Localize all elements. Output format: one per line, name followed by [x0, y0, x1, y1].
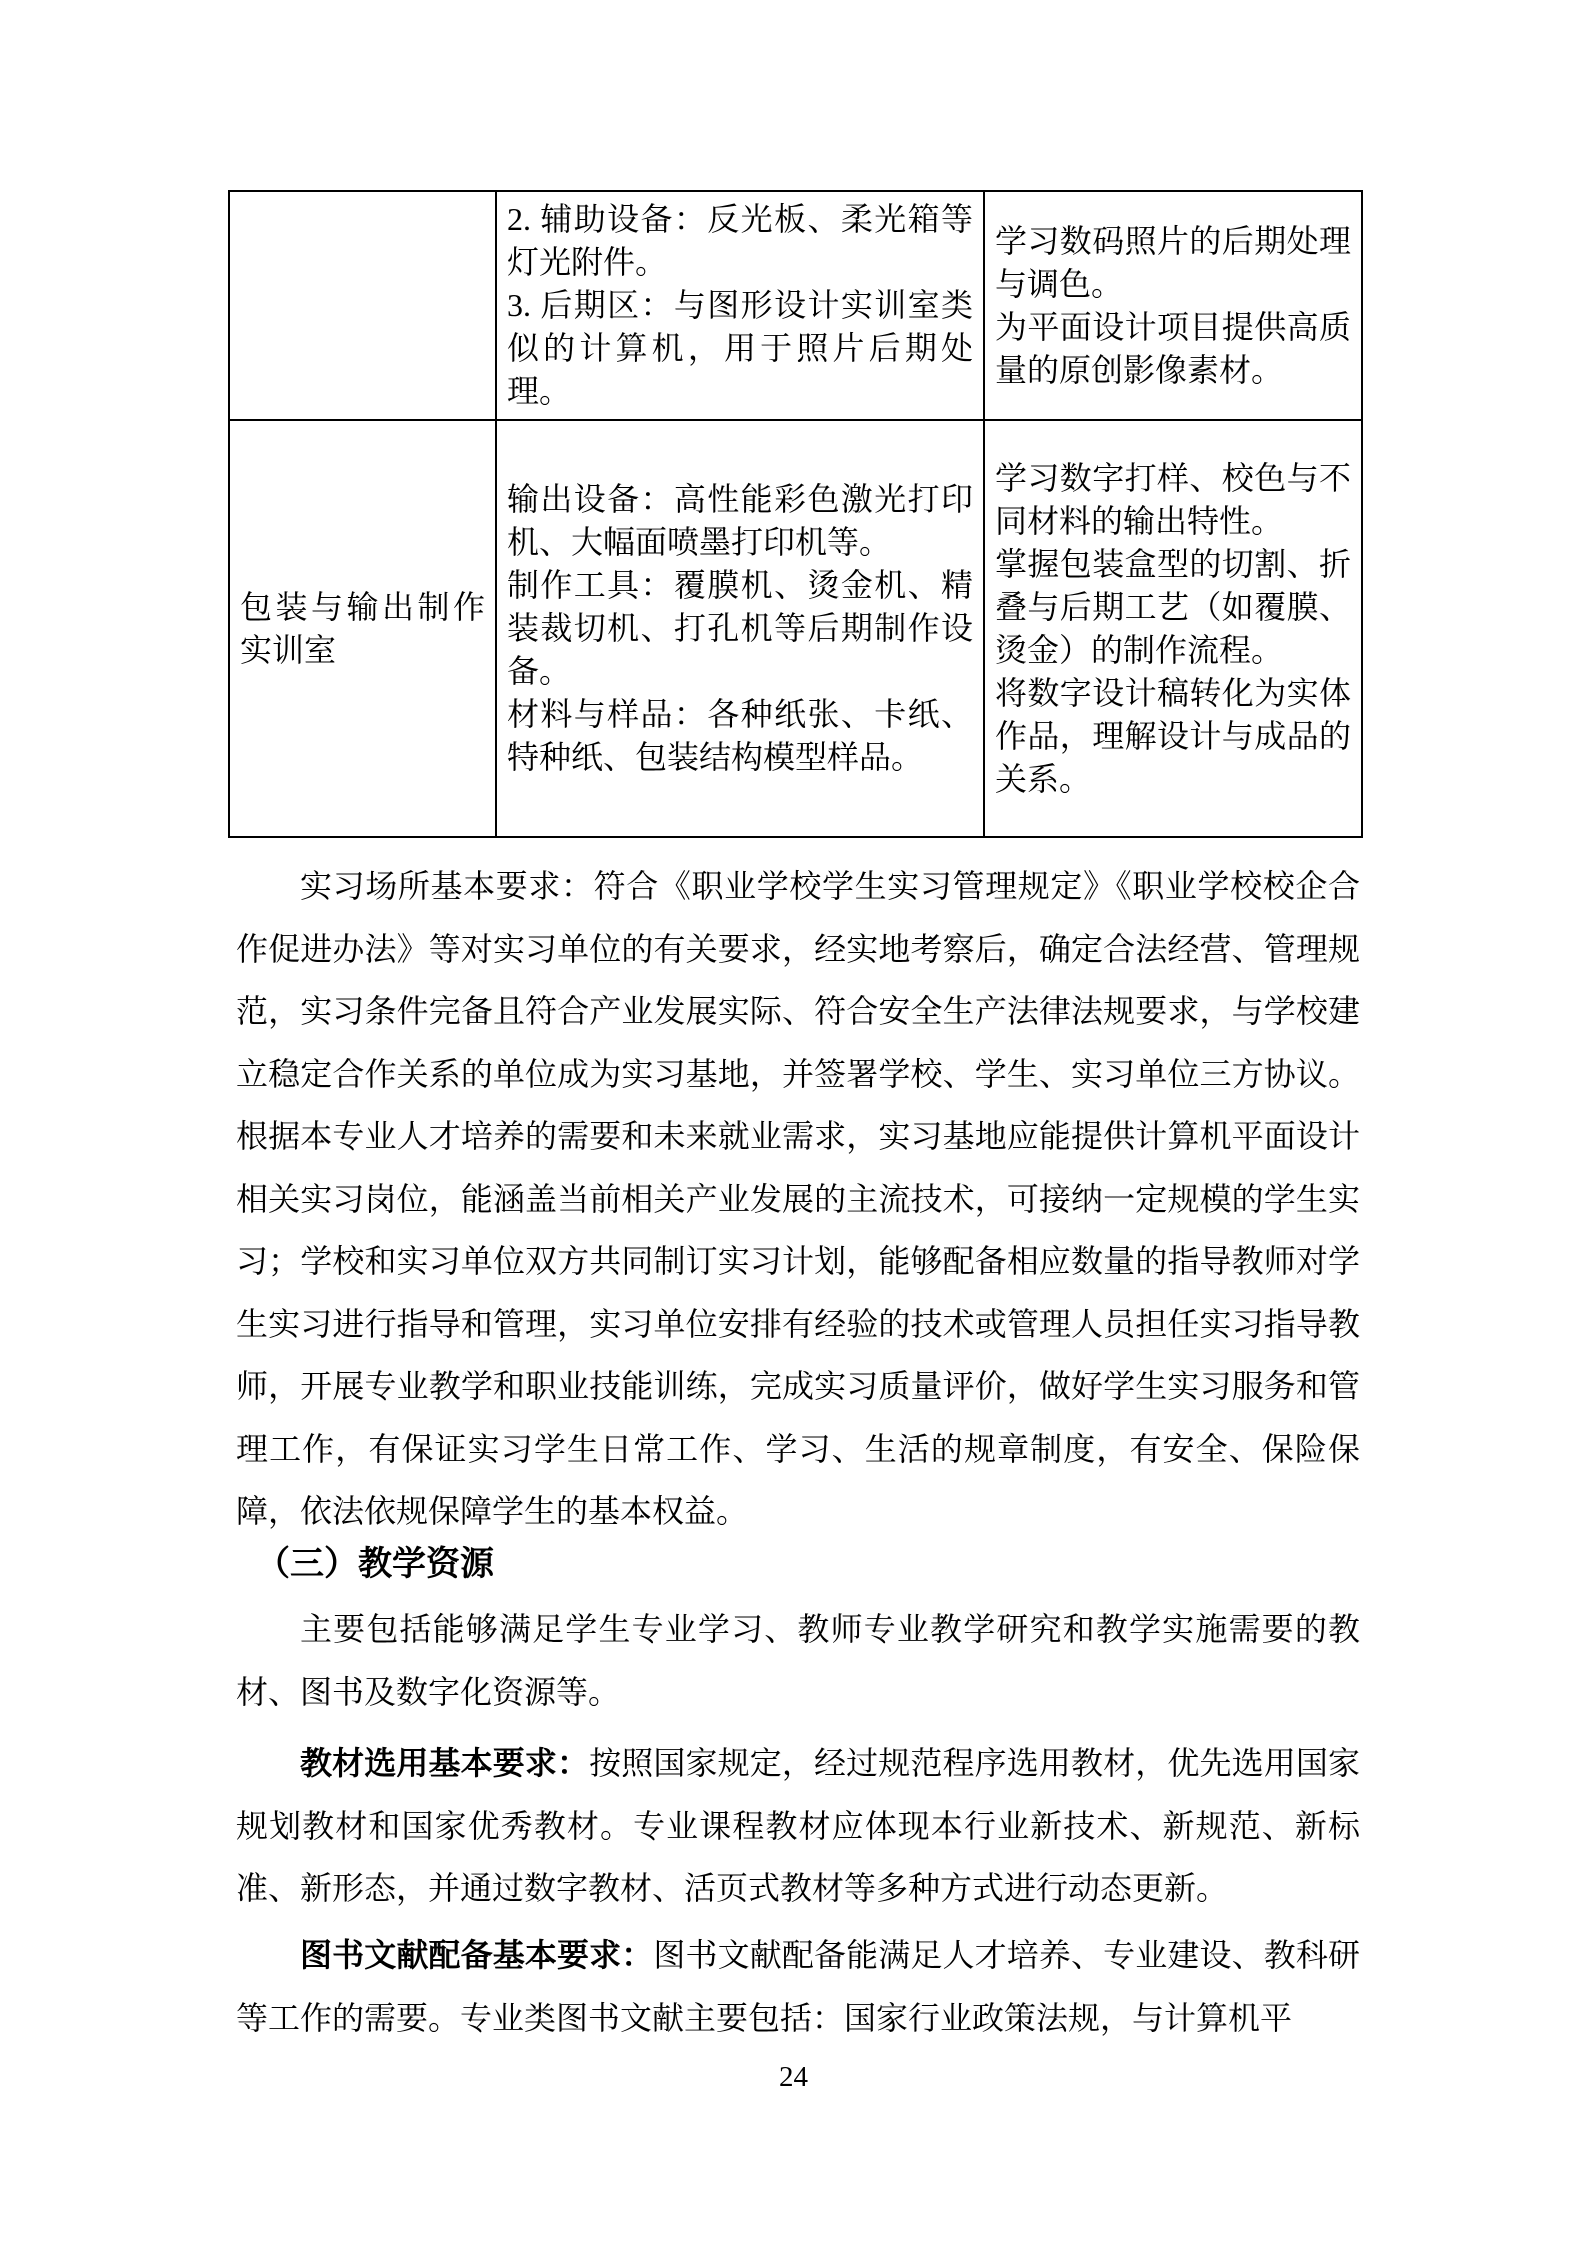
cell-text: 输出设备：高性能彩色激光打印机、大幅面喷墨打印机等。 [507, 478, 973, 564]
paragraph-resources-overview: 主要包括能够满足学生专业学习、教师专业教学研究和教学实施需要的教材、图书及数字化… [236, 1598, 1360, 1723]
cell-text: 为平面设计项目提供高质量的原创影像素材。 [995, 306, 1351, 392]
cell-text: 3. 后期区：与图形设计实训室类似的计算机，用于照片后期处理。 [507, 284, 973, 413]
page-number: 24 [0, 2060, 1587, 2094]
paragraph-internship-site-requirements: 实习场所基本要求：符合《职业学校学生实习管理规定》《职业学校校企合作促进办法》等… [236, 855, 1360, 1543]
table-row: 包装与输出制作实训室 输出设备：高性能彩色激光打印机、大幅面喷墨打印机等。 制作… [229, 420, 1362, 837]
table-cell-equipment: 输出设备：高性能彩色激光打印机、大幅面喷墨打印机等。 制作工具：覆膜机、烫金机、… [496, 420, 984, 837]
cell-text: 学习数字打样、校色与不同材料的输出特性。 [995, 457, 1351, 543]
section-heading-teaching-resources: （三）教学资源 [236, 1533, 1360, 1595]
cell-text: 将数字设计稿转化为实体作品，理解设计与成品的关系。 [995, 672, 1351, 801]
cell-text: 2. 辅助设备：反光板、柔光箱等灯光附件。 [507, 198, 973, 284]
paragraph-library-provision: 图书文献配备基本要求：图书文献配备能满足人才培养、专业建设、教科研等工作的需要。… [236, 1924, 1360, 2049]
training-room-table: 2. 辅助设备：反光板、柔光箱等灯光附件。 3. 后期区：与图形设计实训室类似的… [228, 190, 1363, 838]
table-cell-equipment: 2. 辅助设备：反光板、柔光箱等灯光附件。 3. 后期区：与图形设计实训室类似的… [496, 191, 984, 420]
document-page: 2. 辅助设备：反光板、柔光箱等灯光附件。 3. 后期区：与图形设计实训室类似的… [0, 0, 1587, 2245]
table-cell-purpose: 学习数码照片的后期处理与调色。 为平面设计项目提供高质量的原创影像素材。 [984, 191, 1362, 420]
table-cell-room-name: 包装与输出制作实训室 [229, 420, 496, 837]
cell-text: 学习数码照片的后期处理与调色。 [995, 220, 1351, 306]
paragraph-textbook-selection: 教材选用基本要求：按照国家规定，经过规范程序选用教材，优先选用国家规划教材和国家… [236, 1732, 1360, 1920]
paragraph-lead-label: 教材选用基本要求： [300, 1745, 589, 1781]
paragraph-lead-label: 图书文献配备基本要求： [300, 1937, 653, 1973]
cell-text: 材料与样品：各种纸张、卡纸、特种纸、包装结构模型样品。 [507, 693, 973, 779]
cell-text: 掌握包装盒型的切割、折叠与后期工艺（如覆膜、烫金）的制作流程。 [995, 543, 1351, 672]
cell-text: 制作工具：覆膜机、烫金机、精装裁切机、打孔机等后期制作设备。 [507, 564, 973, 693]
table-row: 2. 辅助设备：反光板、柔光箱等灯光附件。 3. 后期区：与图形设计实训室类似的… [229, 191, 1362, 420]
table-cell-purpose: 学习数字打样、校色与不同材料的输出特性。 掌握包装盒型的切割、折叠与后期工艺（如… [984, 420, 1362, 837]
table-cell-room-name [229, 191, 496, 420]
